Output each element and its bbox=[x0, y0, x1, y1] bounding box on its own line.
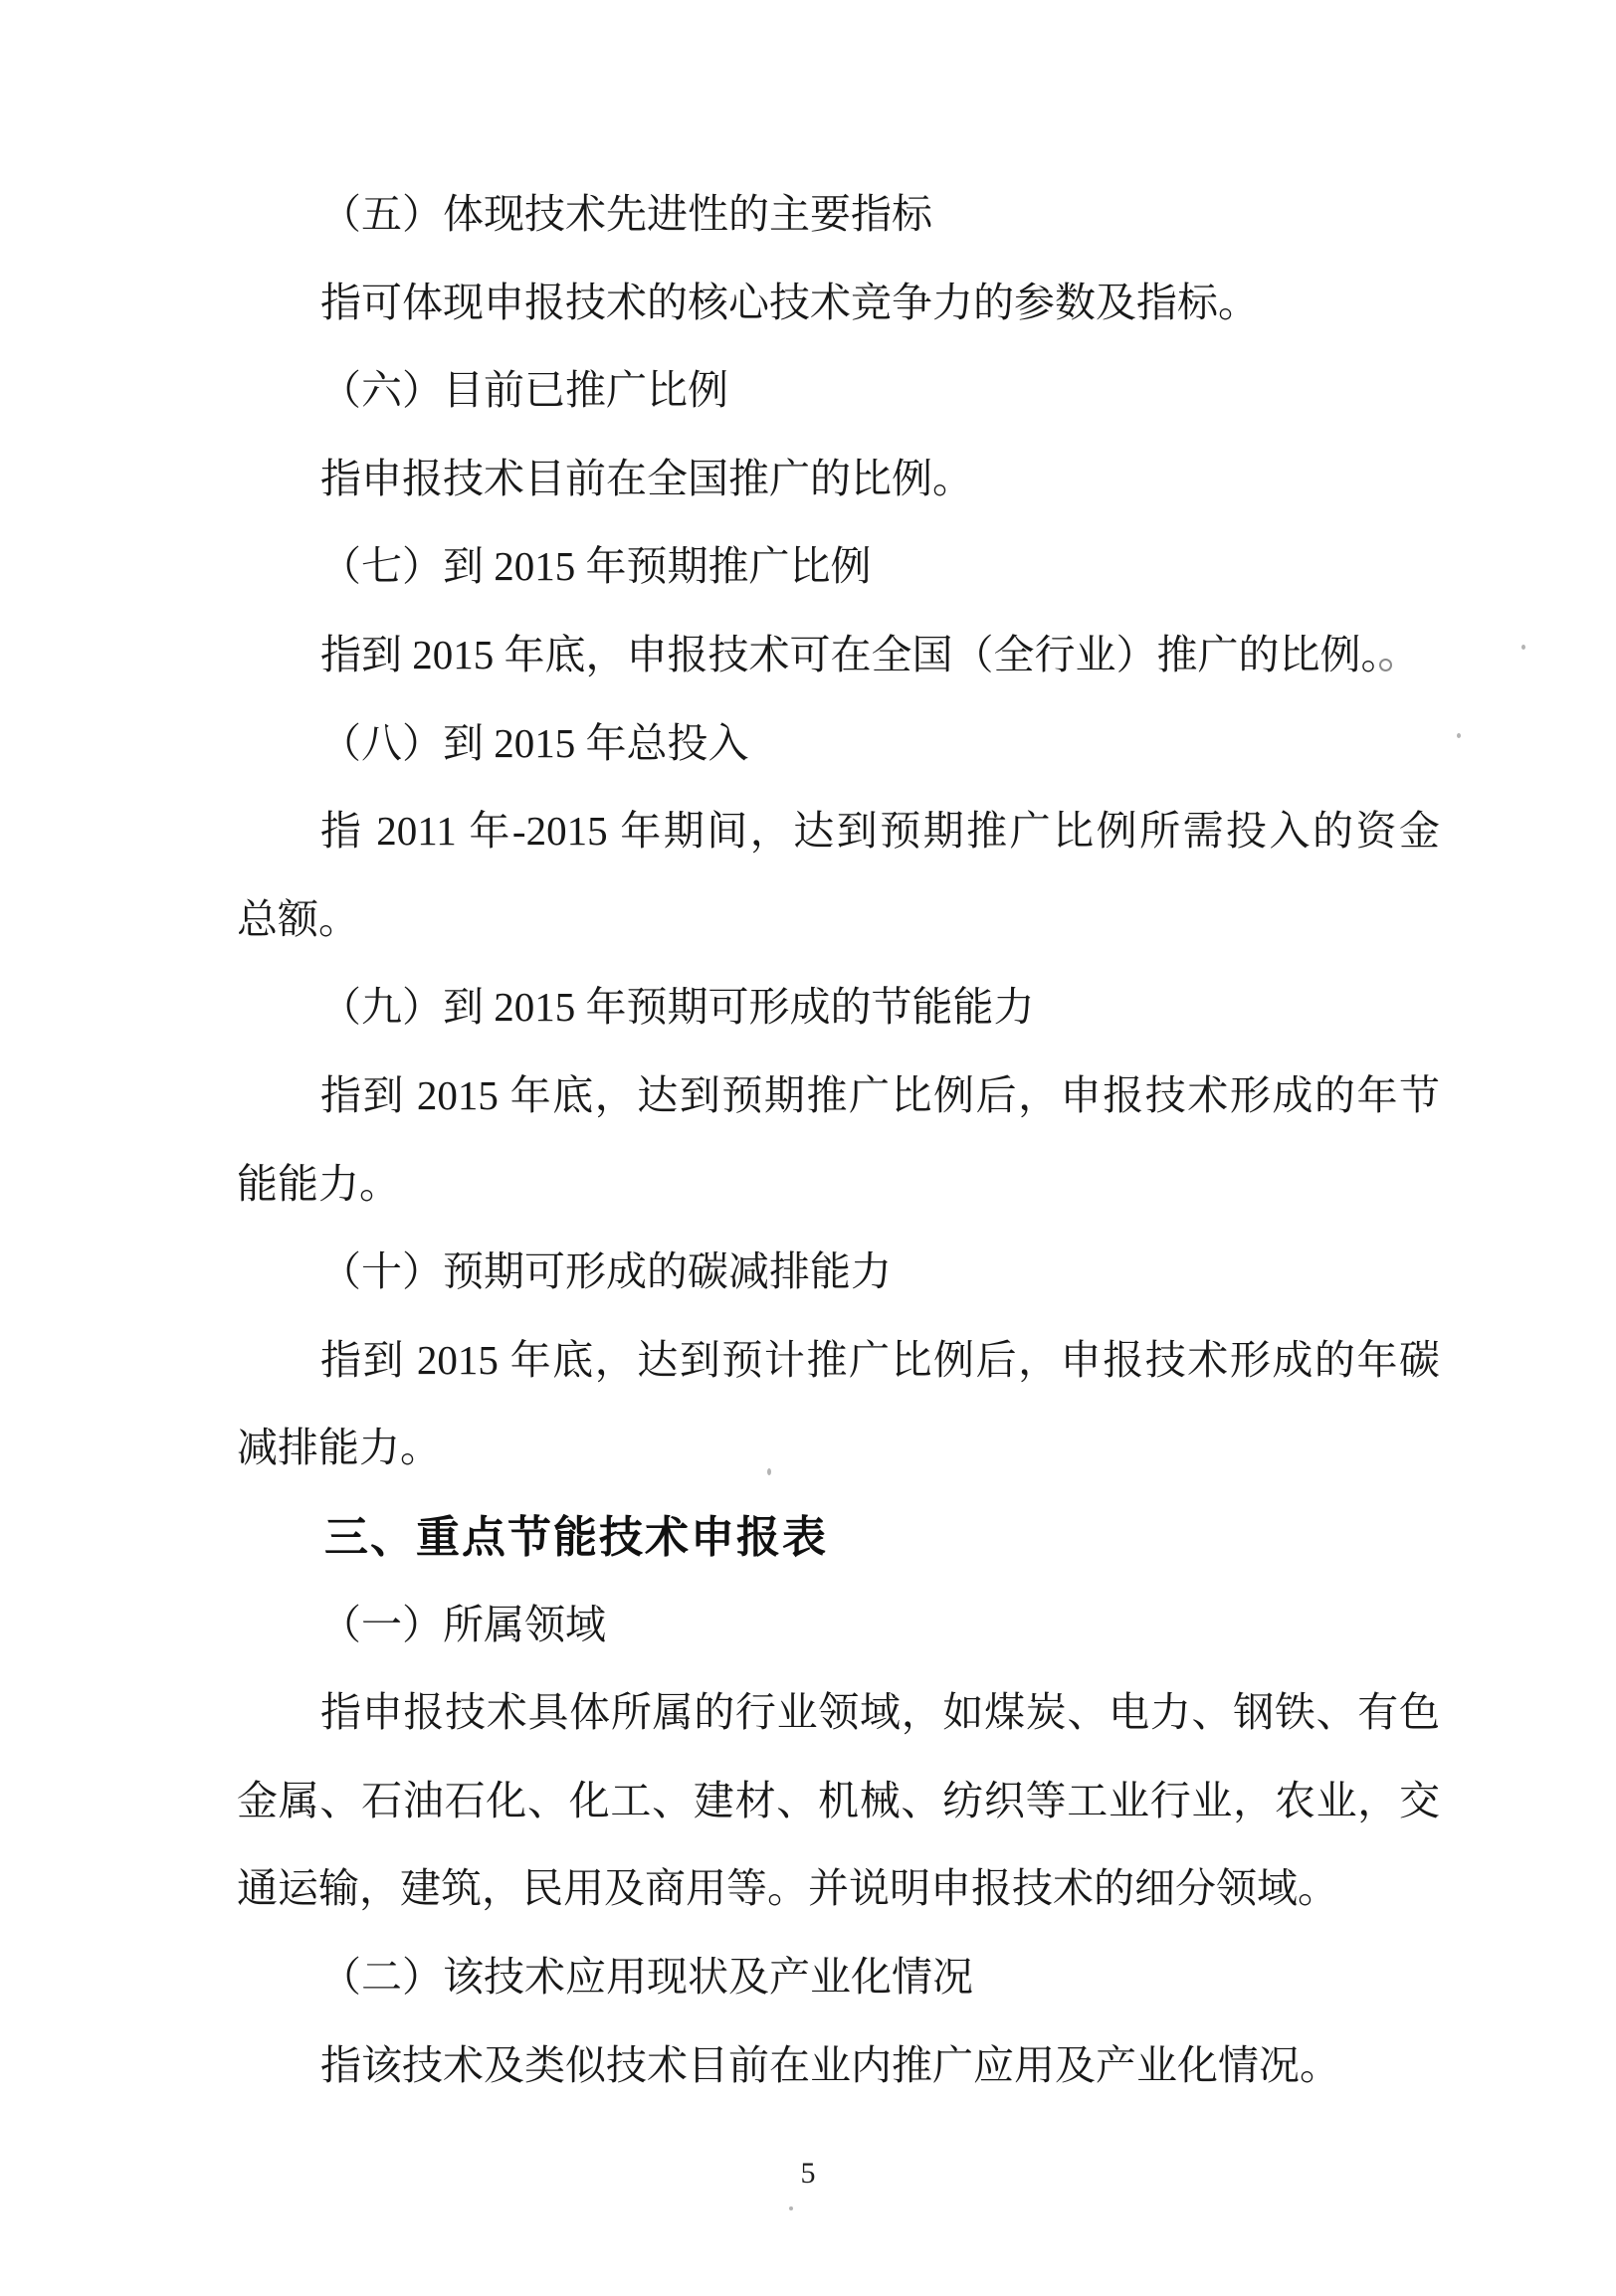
section-heading: 三、重点节能技术申报表 bbox=[324, 1512, 828, 1564]
text-line: 减排能力。 bbox=[237, 1424, 441, 1471]
text-line: 能能力。 bbox=[237, 1160, 400, 1208]
scan-speck bbox=[789, 2206, 793, 2210]
scan-speck bbox=[1379, 659, 1392, 671]
text-line: 指到 2015 年底，达到预计推广比例后，申报技术形成的年碳 bbox=[320, 1336, 1440, 1384]
text-line: 通运输，建筑，民用及商用等。并说明申报技术的细分领域。 bbox=[237, 1864, 1338, 1912]
text-line: 指到 2015 年底，达到预期推广比例后，申报技术形成的年节 bbox=[320, 1071, 1440, 1119]
text-line: （五）体现技术先进性的主要指标 bbox=[320, 190, 932, 238]
text-line: 总额。 bbox=[237, 895, 359, 943]
text-line: 指可体现申报技术的核心技术竞争力的参数及指标。 bbox=[320, 279, 1259, 326]
text-line: （七）到 2015 年预期推广比例 bbox=[320, 542, 872, 590]
scan-speck bbox=[1521, 645, 1525, 650]
text-line: 指申报技术具体所属的行业领域，如煤炭、电力、钢铁、有色 bbox=[320, 1688, 1440, 1736]
text-line: 指 2011 年-2015 年期间，达到预期推广比例所需投入的资金 bbox=[320, 807, 1440, 855]
text-line: （六）目前已推广比例 bbox=[320, 366, 728, 414]
text-line: （十）预期可形成的碳减排能力 bbox=[320, 1247, 892, 1295]
document-page: （五）体现技术先进性的主要指标指可体现申报技术的核心技术竞争力的参数及指标。（六… bbox=[0, 0, 1616, 2296]
text-line: （九）到 2015 年预期可形成的节能能力 bbox=[320, 983, 1035, 1031]
scan-speck bbox=[1457, 733, 1461, 738]
text-line: （二）该技术应用现状及产业化情况 bbox=[320, 1953, 973, 2001]
scan-speck bbox=[767, 1468, 771, 1475]
text-line: 金属、石油石化、化工、建材、机械、纺织等工业行业，农业，交 bbox=[237, 1777, 1440, 1824]
page-number: 5 bbox=[0, 2157, 1616, 2191]
text-line: （一）所属领域 bbox=[320, 1601, 606, 1648]
text-line: 指申报技术目前在全国推广的比例。 bbox=[320, 455, 973, 502]
text-line: （八）到 2015 年总投入 bbox=[320, 719, 749, 767]
text-line: 指到 2015 年底，申报技术可在全国（全行业）推广的比例。 bbox=[320, 631, 1402, 678]
text-line: 指该技术及类似技术目前在业内推广应用及产业化情况。 bbox=[320, 2041, 1340, 2089]
